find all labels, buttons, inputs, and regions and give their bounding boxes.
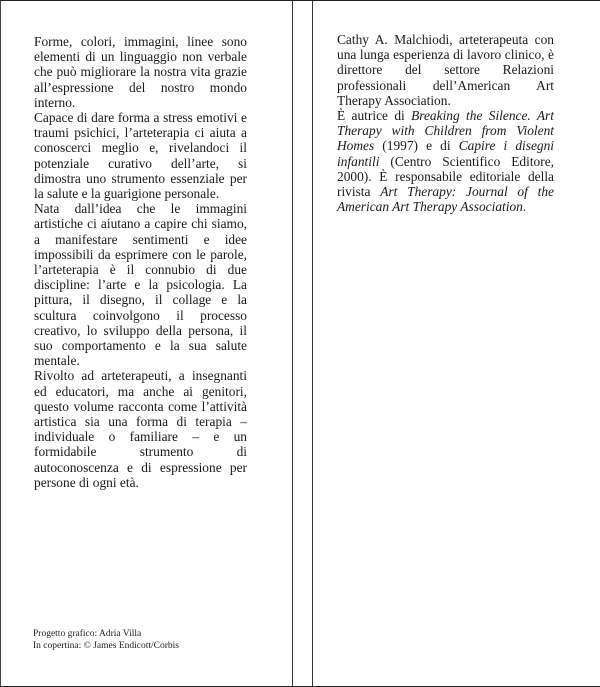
back-flap-left: Forme, colori, immagini, linee sono elem… [1, 1, 293, 686]
description-paragraph: Capace di dare forma a stress emotivi e … [34, 110, 247, 201]
description-paragraph: Forme, colori, immagini, linee sono elem… [34, 34, 247, 110]
author-bio-paragraph: Cathy A. Malchiodi, arteterapeuta con un… [337, 32, 554, 108]
book-description: Forme, colori, immagini, linee sono elem… [34, 34, 247, 490]
design-credit: Progetto grafico: Adria Villa [33, 629, 179, 641]
credits: Progetto grafico: Adria Villa In coperti… [33, 629, 179, 652]
book-flap-spread: Forme, colori, immagini, linee sono elem… [0, 0, 600, 687]
works-intro: È autrice di [337, 108, 411, 123]
author-works-paragraph: È autrice di Breaking the Silence. Art T… [337, 108, 554, 214]
works-end: . [523, 199, 526, 214]
author-bio: Cathy A. Malchiodi, arteterapeuta con un… [337, 32, 554, 214]
cover-credit: In copertina: © James Endicott/Corbis [33, 641, 179, 653]
description-paragraph: Nata dall’idea che le immagini artistich… [34, 201, 247, 368]
works-text: (1997) e di [374, 138, 458, 153]
front-flap-right: Cathy A. Malchiodi, arteterapeuta con un… [312, 1, 600, 686]
description-paragraph: Rivolto ad arteterapeuti, a insegnanti e… [34, 368, 247, 490]
